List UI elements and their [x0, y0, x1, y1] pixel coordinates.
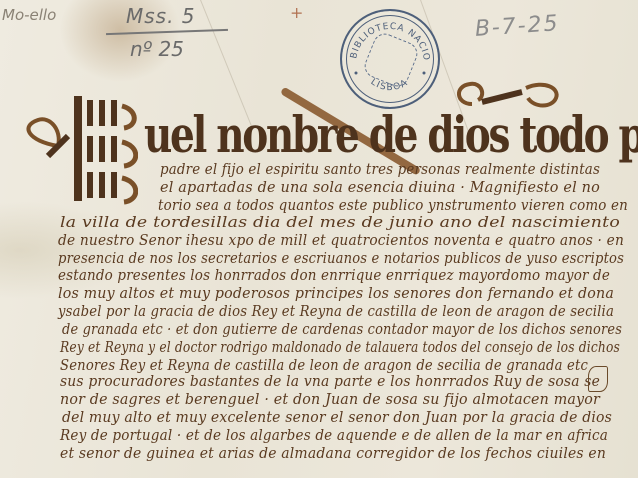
manuscript-line: sus procuradores bastantes de la vna par…	[60, 372, 600, 390]
manuscript-line: nor de sagres et berenguel · et don Juan…	[60, 390, 600, 408]
manuscript-line: de granada etc · et don gutierre de card…	[62, 320, 622, 338]
heading-title: uel nonbre de dios todo poderoso	[144, 110, 638, 160]
manuscript-line: los muy altos et muy poderosos principes…	[58, 284, 614, 302]
cross-mark: +	[290, 3, 303, 22]
manuscript-line: et senor de guinea et arias de almadana …	[60, 444, 606, 462]
manuscript-page: Mo-ello Mss. 5 nº 25 + B-7-25 BIBLIOTECA…	[0, 0, 638, 478]
manuscript-line: padre el fijo el espiritu santo tres per…	[160, 160, 600, 178]
manuscript-line: Rey et Reyna y el doctor rodrigo maldona…	[60, 338, 620, 356]
manuscript-line: ysabel por la gracia de dios Rey et Reyn…	[58, 302, 614, 320]
manuscript-line: el apartadas de una sola esencia diuina …	[160, 178, 600, 196]
manuscript-line: presencia de nos los secretarios e escri…	[58, 249, 624, 267]
manuscript-label: Mss. 5	[126, 4, 196, 28]
manuscript-line: Rey de portugal · et de los algarbes de …	[60, 426, 608, 444]
margin-bracket-mark	[588, 366, 608, 392]
manuscript-line: torio sea a todos quantos este publico y…	[158, 196, 628, 214]
manuscript-line: la villa de tordesillas dia del mes de j…	[60, 213, 620, 231]
decorated-initial-icon	[18, 86, 138, 206]
underline	[106, 29, 228, 35]
manuscript-line: del muy alto et muy excelente senor el s…	[62, 408, 612, 426]
manuscript-label-text: Mss. 5	[126, 4, 196, 28]
manuscript-line: de nuestro Senor ihesu xpo de mill et qu…	[58, 231, 624, 249]
manuscript-line: estando presentes los honrrados don enrr…	[58, 266, 610, 284]
shelf-mark: B-7-25	[474, 11, 560, 42]
library-stamp: BIBLIOTECA NACIONAL LISBOA	[340, 9, 440, 109]
corner-pencil-mark: Mo-ello	[2, 6, 56, 24]
manuscript-number: nº 25	[130, 37, 184, 61]
